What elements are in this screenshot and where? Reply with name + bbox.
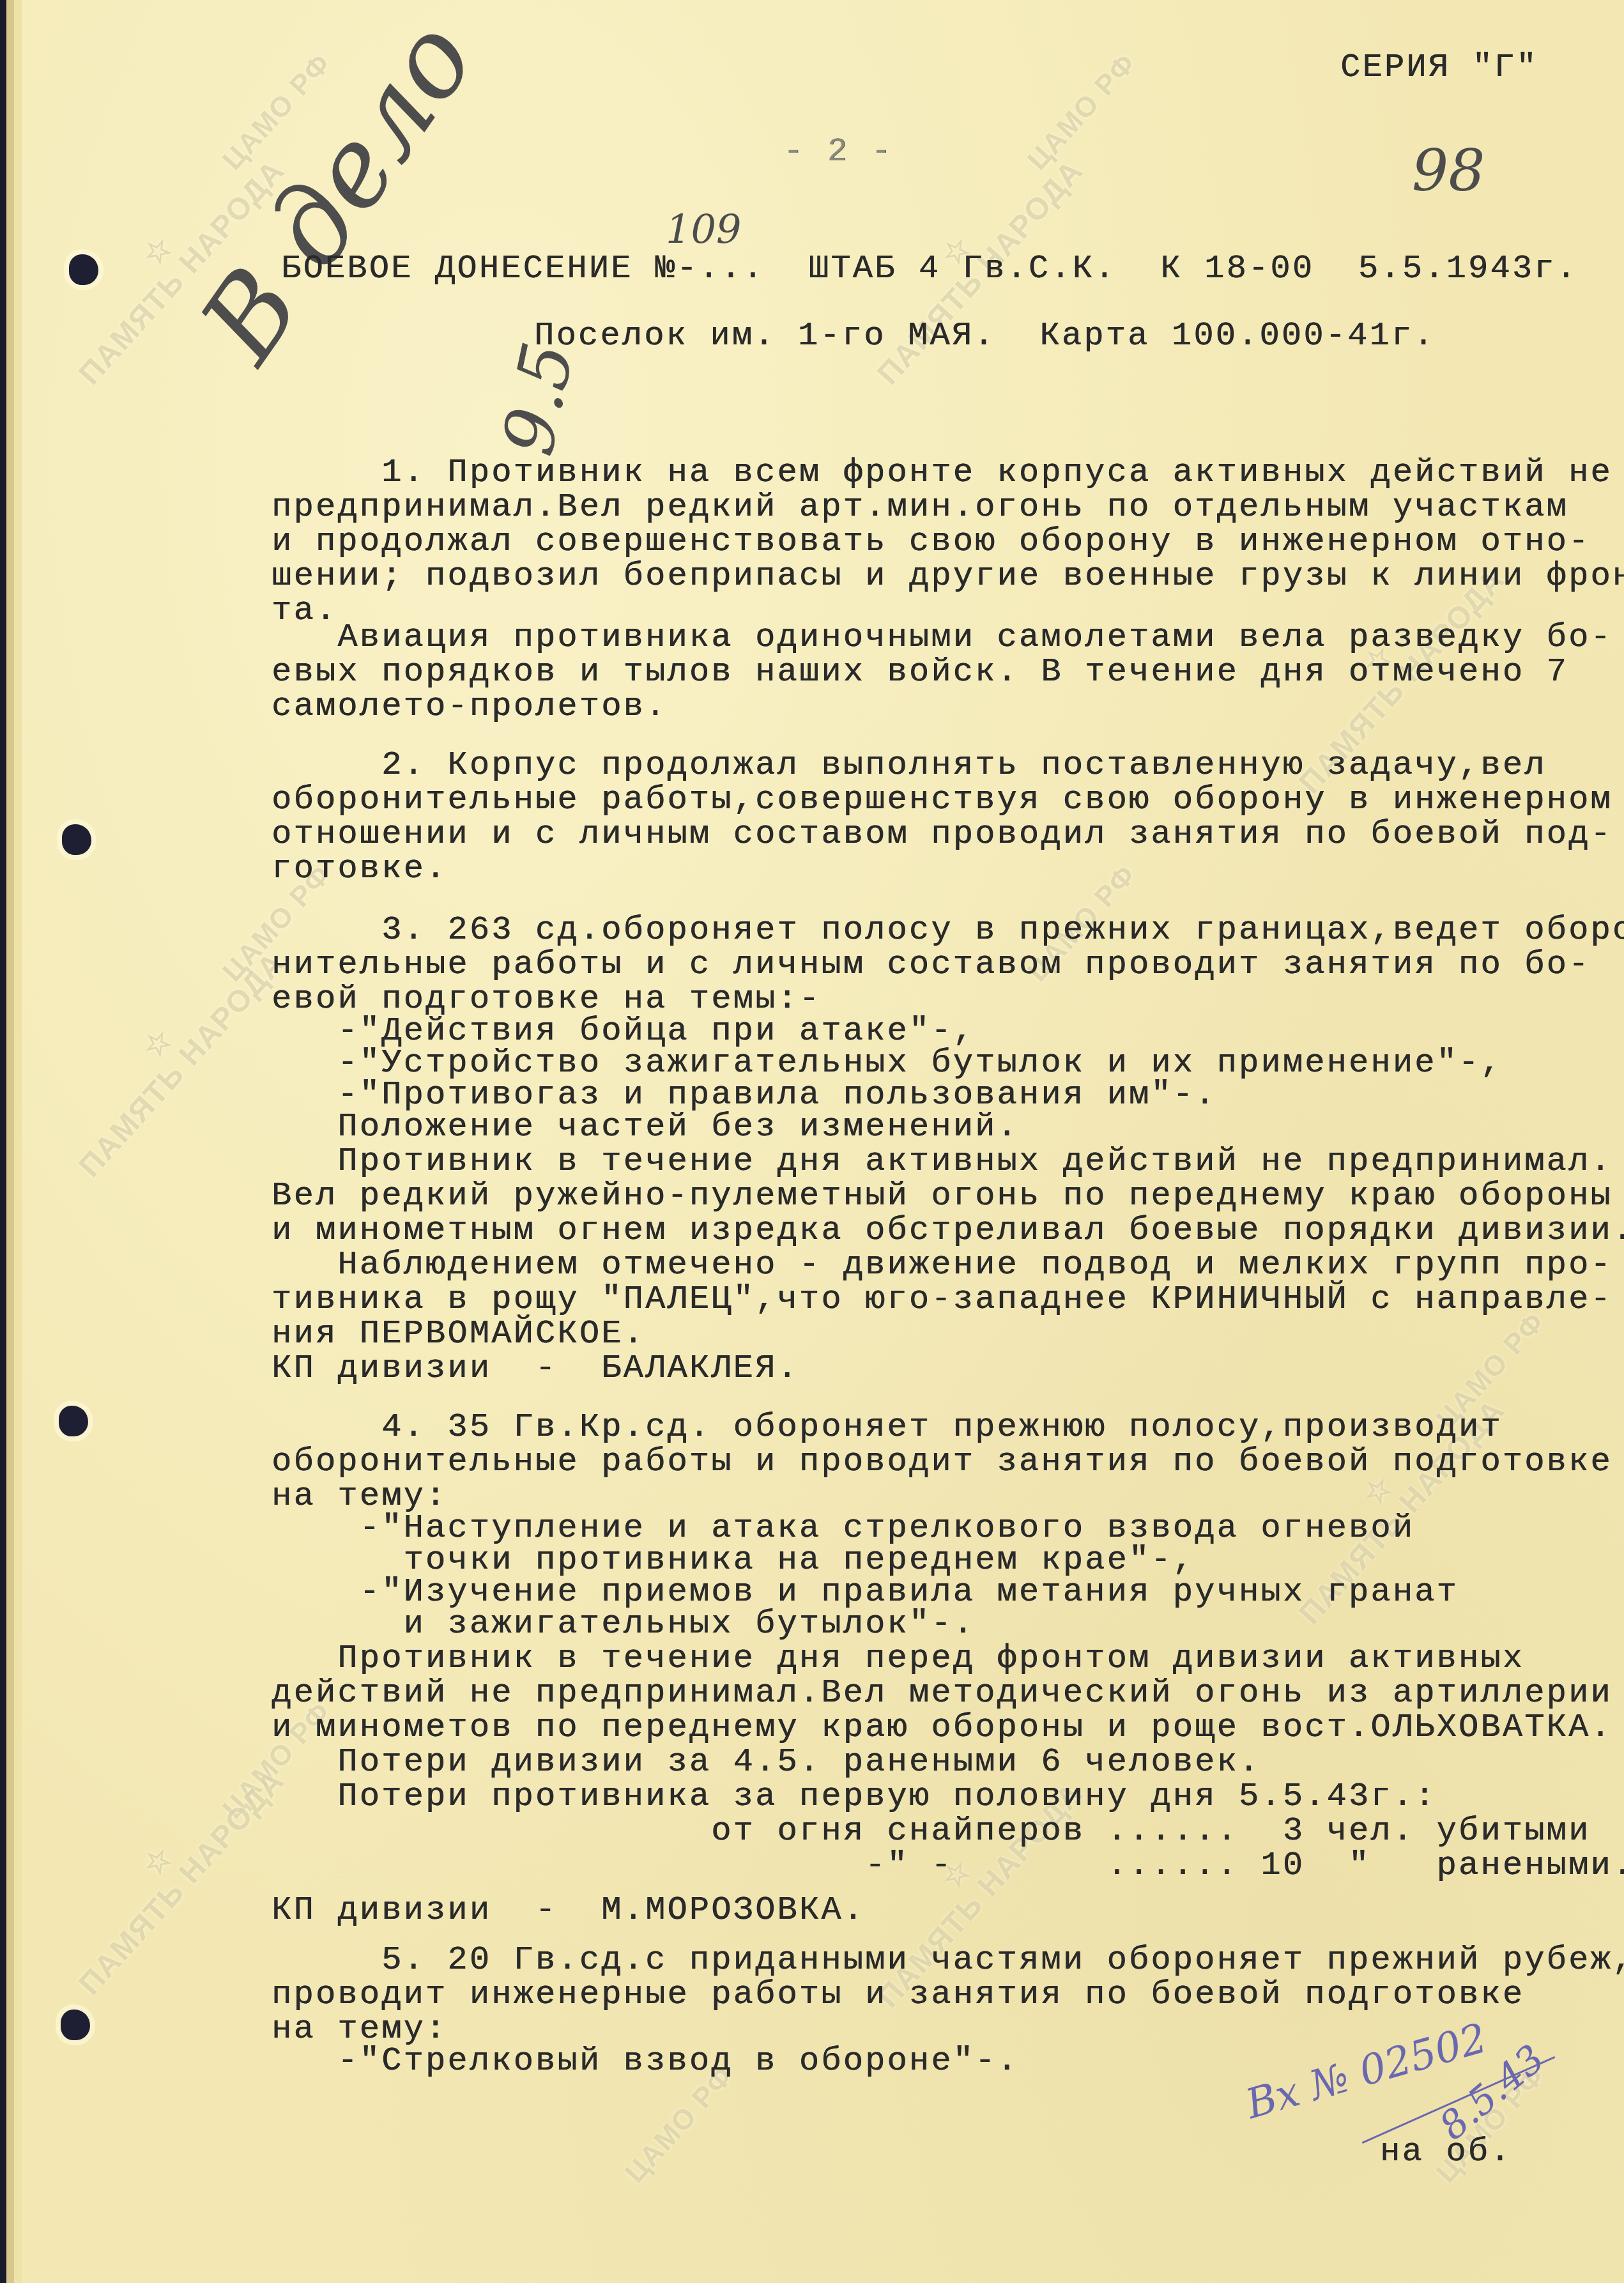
text-line: Авиация противника одиночными самолетами…	[272, 620, 1613, 656]
text-line: 2. Корпус продолжал выполнять поставленн…	[272, 748, 1547, 783]
handwritten-folio-number: 98	[1412, 137, 1485, 204]
text-line: 4. 35 Гв.Кр.сд. обороняет прежнюю полосу…	[272, 1410, 1503, 1445]
text-line: оборонительные работы и проводит занятия…	[272, 1444, 1613, 1480]
text-line: действий не предпринимал.Вел методически…	[272, 1675, 1613, 1711]
text-line: нительные работы и с личным составом про…	[272, 947, 1590, 983]
text-line: и минометным огнем изредка обстреливал б…	[272, 1213, 1624, 1249]
continued-on-reverse: на об.	[1380, 2134, 1512, 2170]
text-line: ния ПЕРВОМАЙСКОЕ.	[272, 1316, 645, 1352]
text-line: и зажигательных бутылок"-.	[272, 1606, 975, 1642]
text-line: КП дивизии - БАЛАКЛЕЯ.	[272, 1351, 799, 1387]
punch-hole-icon	[62, 824, 91, 855]
text-line: Потери противника за первую половину дня…	[272, 1779, 1436, 1815]
page-marker: - 2 -	[783, 134, 893, 170]
text-line: 5. 20 Гв.сд.с приданными частями обороня…	[272, 1942, 1624, 1978]
text-line: КП дивизии - М.МОРОЗОВКА.	[272, 1893, 865, 1928]
text-line: -" - ...... 10 " ранеными.	[272, 1848, 1624, 1884]
text-line: отношении и с личным составом проводил з…	[272, 817, 1613, 852]
text-line: 3. 263 сд.обороняет полосу в прежних гра…	[272, 912, 1624, 948]
text-line: -"Стрелковый взвод в обороне"-.	[272, 2043, 1019, 2079]
series-label: СЕРИЯ "Г"	[1340, 50, 1538, 86]
punch-hole-icon	[59, 1406, 88, 1436]
text-line: проводит инженерные работы и занятия по …	[272, 1977, 1524, 2013]
handwritten-report-number: 109	[666, 206, 741, 252]
text-line: Наблюдением отмечено - движение подвод и…	[272, 1247, 1613, 1283]
text-line: и продолжал совершенствовать свою оборон…	[272, 524, 1590, 560]
text-line: тивника в рощу "ПАЛЕЦ",что юго-западнее …	[272, 1282, 1613, 1318]
punch-hole-icon	[61, 2010, 90, 2040]
text-line: шении; подвозил боеприпасы и другие воен…	[272, 558, 1624, 594]
text-line: оборонительные работы,совершенствуя свою…	[272, 782, 1613, 818]
text-line: Вел редкий ружейно-пулеметный огонь по п…	[272, 1178, 1613, 1214]
punch-hole-icon	[69, 254, 98, 285]
text-line: самолето-пролетов.	[272, 689, 667, 725]
text-line: 1. Противник на всем фронте корпуса акти…	[272, 455, 1613, 491]
text-line: Противник в течение дня активных действи…	[272, 1144, 1613, 1180]
text-line: Потери дивизии за 4.5. ранеными 6 челове…	[272, 1744, 1260, 1780]
text-line: Противник в течение дня перед фронтом ди…	[272, 1641, 1524, 1677]
text-line: от огня снайперов ...... 3 чел. убитыми	[272, 1813, 1590, 1849]
text-line: Положение частей без изменений.	[272, 1109, 1019, 1145]
text-line: евых порядков и тылов наших войск. В теч…	[272, 654, 1568, 690]
binding-edge	[0, 0, 22, 2283]
text-line: готовке.	[272, 851, 447, 887]
report-location: Поселок им. 1-го МАЯ. Карта 100.000-41г.	[534, 318, 1436, 354]
text-line: предпринимал.Вел редкий арт.мин.огонь по…	[272, 489, 1568, 525]
report-title: БОЕВОЕ ДОНЕСЕНИЕ №-... ШТАБ 4 Гв.С.К. К …	[281, 251, 1578, 287]
text-line: и минометов по переднему краю обороны и …	[272, 1710, 1613, 1746]
